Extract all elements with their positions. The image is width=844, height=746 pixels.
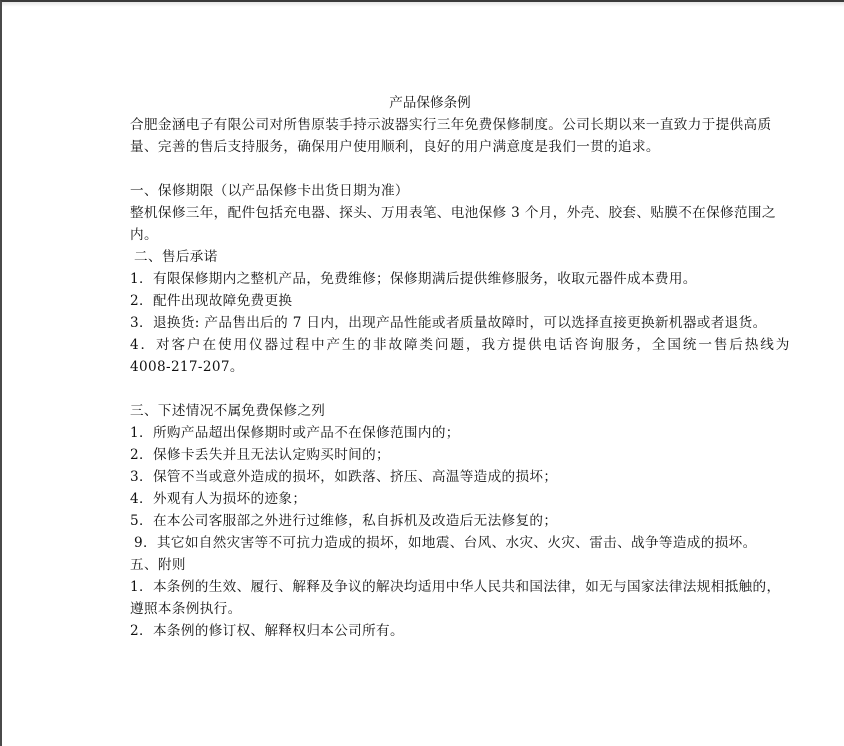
section-3-item-3: 3．保管不当或意外造成的损坏，如跌落、挤压、高温等造成的损坏；	[130, 466, 724, 488]
document-viewer: 产品保修条例 合肥金涵电子有限公司对所售原装手持示波器实行三年免费保修制度。公司…	[0, 0, 844, 746]
section-5-item-2: 2．本条例的修订权、解释权归本公司所有。	[130, 620, 724, 642]
section-2-item-2: 2．配件出现故障免费更换	[130, 290, 724, 312]
section-heading-warranty-period: 一、保修期限（以产品保修卡出货日期为准）	[130, 180, 724, 202]
hotline-number: 4008-217-207。	[130, 356, 724, 378]
section-3-item-4: 4．外观有人为损坏的迹象；	[130, 488, 724, 510]
section-heading-exclusions: 三、下述情况不属免费保修之列	[130, 400, 724, 422]
blank-line	[130, 378, 724, 400]
section-heading-supplementary: 五、附则	[130, 554, 724, 576]
document-page: 产品保修条例 合肥金涵电子有限公司对所售原装手持示波器实行三年免费保修制度。公司…	[130, 92, 724, 642]
section-5-item-1: 1．本条例的生效、履行、解释及争议的解决均适用中华人民共和国法律，如无与国家法律…	[130, 576, 724, 598]
document-title: 产品保修条例	[130, 92, 724, 114]
section-3-item-9: 9．其它如自然灾害等不可抗力造成的损坏，如地震、台风、水灾、火灾、雷击、战争等造…	[130, 532, 724, 554]
intro-line-1: 合肥金涵电子有限公司对所售原装手持示波器实行三年免费保修制度。公司长期以来一直致…	[130, 114, 724, 136]
section-3-item-1: 1．所购产品超出保修期时或产品不在保修范围内的；	[130, 422, 724, 444]
section-5-item-1-cont: 遵照本条例执行。	[130, 598, 724, 620]
viewer-top-shadow	[2, 2, 844, 7]
section-1-line-1: 整机保修三年，配件包括充电器、探头、万用表笔、电池保修 3 个月，外壳、胶套、贴…	[130, 202, 724, 224]
blank-line	[130, 158, 724, 180]
section-2-item-3: 3．退换货: 产品售出后的 7 日内，出现产品性能或者质量故障时，可以选择直接更…	[130, 312, 724, 334]
section-3-item-5: 5．在本公司客服部之外进行过维修，私自拆机及改造后无法修复的；	[130, 510, 724, 532]
section-2-item-4: 4．对客户在使用仪器过程中产生的非故障类问题，我方提供电话咨询服务，全国统一售后…	[130, 334, 724, 356]
section-3-item-2: 2．保修卡丢失并且无法认定购买时间的；	[130, 444, 724, 466]
section-1-line-2: 内。	[130, 224, 724, 246]
intro-line-2: 量、完善的售后支持服务，确保用户使用顺利，良好的用户满意度是我们一贯的追求。	[130, 136, 724, 158]
section-heading-after-sales-promise: 二、售后承诺	[130, 246, 724, 268]
section-2-item-1: 1．有限保修期内之整机产品，免费维修；保修期满后提供维修服务，收取元器件成本费用…	[130, 268, 724, 290]
